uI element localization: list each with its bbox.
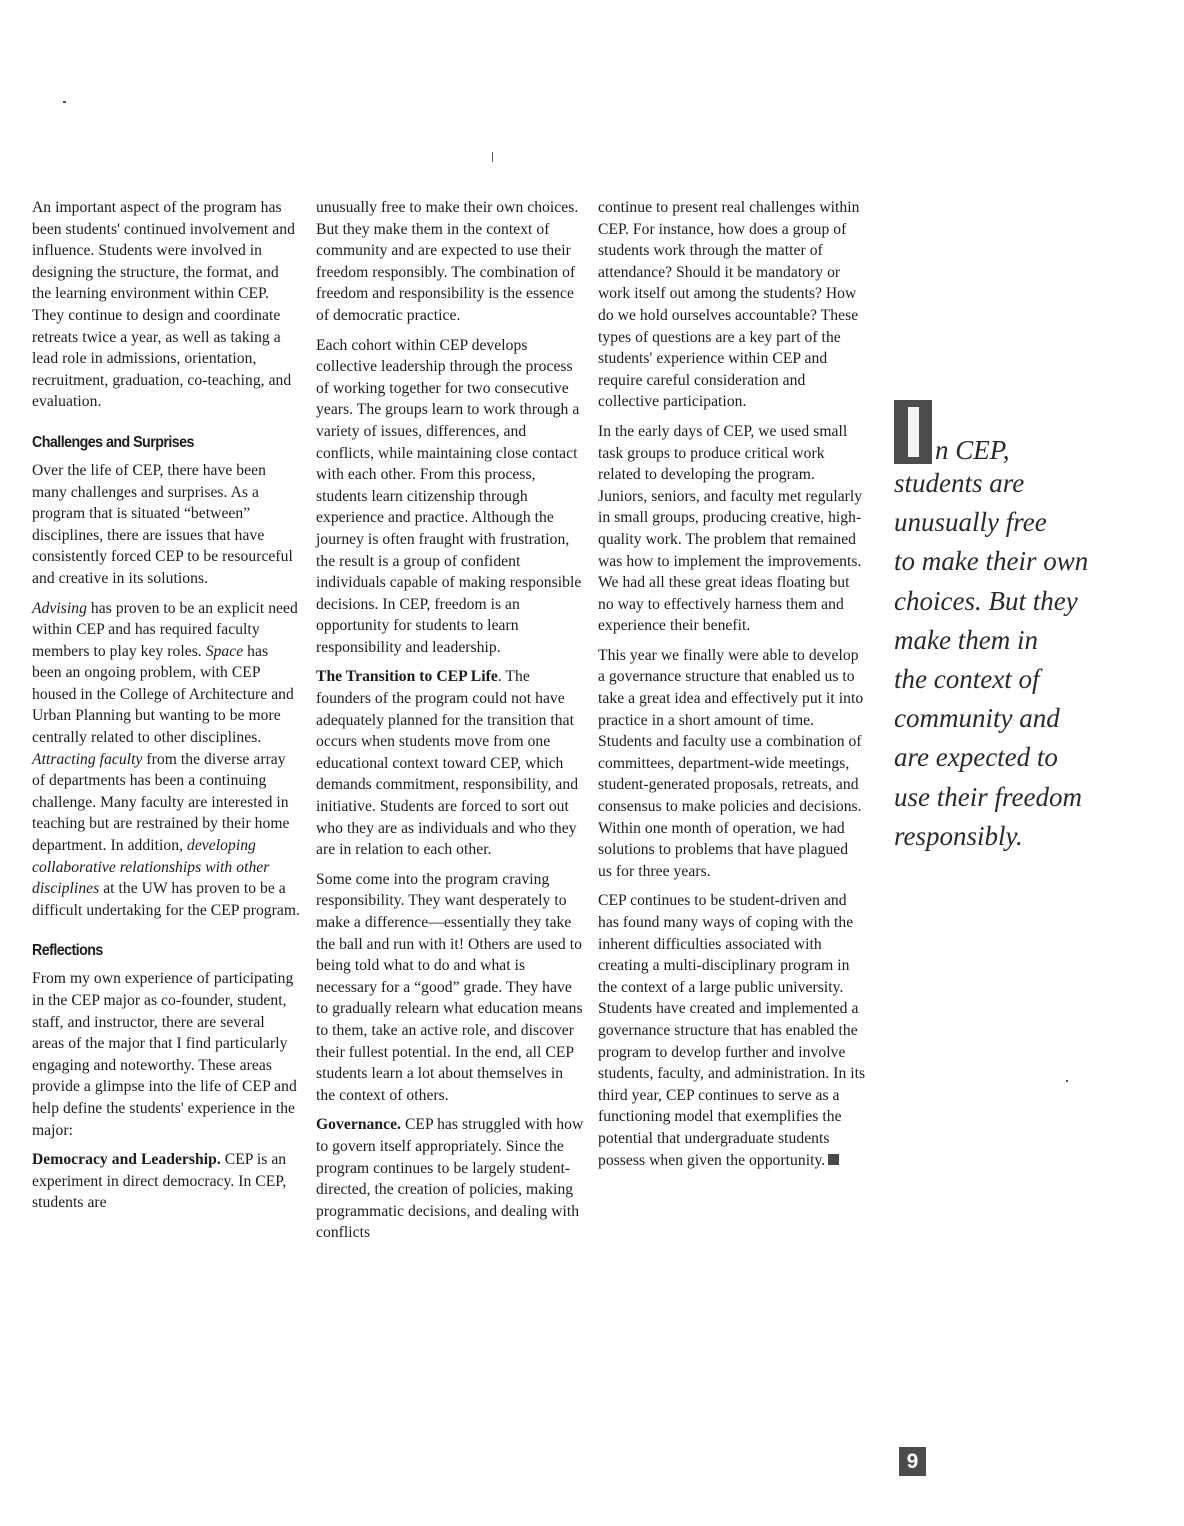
pull-quote-line: choices. But they <box>894 582 1154 621</box>
pull-quote-line: students are <box>894 464 1154 503</box>
article-column-2: unusually free to make their own choices… <box>316 197 586 1252</box>
intro-paragraph: An important aspect of the program has b… <box>32 197 300 413</box>
term-advising: Advising <box>32 600 87 617</box>
drop-cap-i-icon <box>894 400 932 464</box>
scan-speck <box>63 101 66 103</box>
end-mark-icon <box>828 1154 839 1165</box>
challenges-continue-paragraph: continue to present real challenges with… <box>598 197 866 413</box>
term-attracting-faculty: Attracting faculty <box>32 751 142 768</box>
challenges-paragraph: Over the life of CEP, there have been ma… <box>32 460 300 590</box>
pull-quote: n CEP, students are unusually free to ma… <box>894 400 1154 856</box>
pull-quote-line: use their freedom <box>894 778 1154 817</box>
pull-quote-line: the context of <box>894 660 1154 699</box>
governance-structure-paragraph: This year we finally were able to develo… <box>598 645 866 883</box>
reflections-paragraph: From my own experience of participating … <box>32 968 300 1141</box>
runin-governance: Governance. <box>316 1116 401 1133</box>
pull-quote-line: unusually free <box>894 503 1154 542</box>
some-come-paragraph: Some come into the program craving respo… <box>316 869 586 1107</box>
cohort-paragraph: Each cohort within CEP develops collecti… <box>316 335 586 659</box>
pull-quote-line: are expected to <box>894 738 1154 777</box>
heading-challenges-and-surprises: Challenges and Surprises <box>32 433 279 453</box>
pull-quote-line: make them in <box>894 621 1154 660</box>
pull-quote-line: community and <box>894 699 1154 738</box>
pull-quote-line: to make their own <box>894 542 1154 581</box>
article-column-1: An important aspect of the program has b… <box>32 197 300 1222</box>
scan-speck <box>1066 1080 1068 1082</box>
page-number-badge: 9 <box>899 1447 926 1476</box>
transition-paragraph: The Transition to CEP Life. The founders… <box>316 666 586 860</box>
democracy-paragraph: Democracy and Leadership. CEP is an expe… <box>32 1149 300 1214</box>
drop-cap-letter <box>908 407 919 457</box>
freedom-paragraph: unusually free to make their own choices… <box>316 197 586 327</box>
runin-transition-to-cep-life: The Transition to CEP Life <box>316 668 498 685</box>
term-space: Space <box>206 643 243 660</box>
runin-democracy-and-leadership: Democracy and Leadership. <box>32 1151 221 1168</box>
heading-reflections: Reflections <box>32 941 279 961</box>
early-days-paragraph: In the early days of CEP, we used small … <box>598 421 866 637</box>
advising-paragraph: Advising has proven to be an explicit ne… <box>32 598 300 922</box>
article-column-3: continue to present real challenges with… <box>598 197 866 1179</box>
scan-mark <box>492 152 493 162</box>
governance-paragraph: Governance. CEP has struggled with how t… <box>316 1114 586 1244</box>
pull-quote-line: responsibly. <box>894 817 1154 856</box>
pull-quote-first-line: n CEP, <box>894 400 1154 464</box>
closing-paragraph: CEP continues to be student-driven and h… <box>598 890 866 1171</box>
